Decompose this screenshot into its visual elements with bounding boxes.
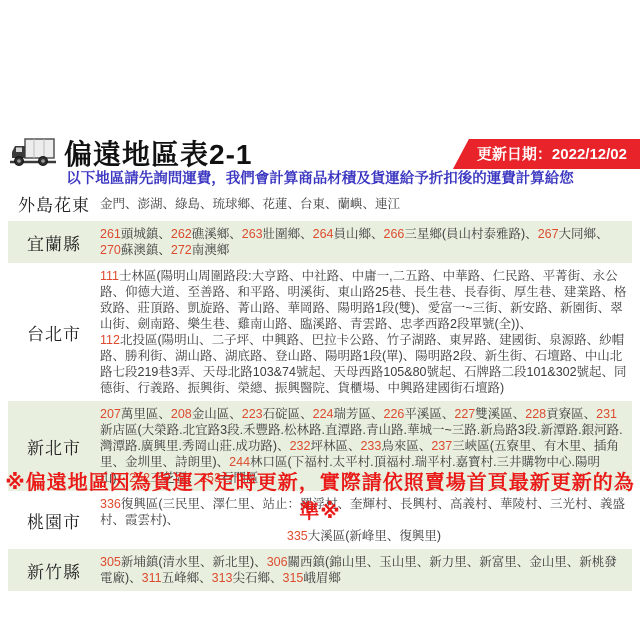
area-names: 三星鄉(員山村泰雅路)、 (404, 227, 537, 241)
area-names: 金山區、 (192, 407, 242, 421)
postal-code: 231 (596, 407, 617, 421)
area-names: 峨眉鄉 (303, 571, 341, 585)
region-label: 台北市 (8, 320, 100, 345)
postal-code: 270 (100, 243, 121, 257)
postal-code: 237 (431, 439, 452, 453)
area-names: 五峰鄉、 (162, 571, 212, 585)
postal-code: 226 (384, 407, 405, 421)
area-names: 萬里區、 (121, 407, 171, 421)
postal-code: 311 (142, 571, 162, 585)
area-names: 金門、澎湖、綠島、琉球鄉、花蓮、台東、蘭嶼、連江 (100, 197, 400, 211)
region-label: 新竹縣 (8, 558, 100, 583)
region-areas: 金門、澎湖、綠島、琉球鄉、花蓮、台東、蘭嶼、連江 (100, 196, 632, 212)
area-names: 北投區(陽明山、二子坪、中興路、巴拉卡公路、竹子湖路、東昇路、建國街、泉源路、紗… (100, 333, 627, 395)
area-names: 貢寮區、 (546, 407, 596, 421)
postal-code: 207 (100, 407, 121, 421)
area-names: 烏來區、 (381, 439, 431, 453)
table-row: 台北市111士林區(陽明山周圍路段:大亨路、中社路、中庸一,二五路、中華路、仁民… (8, 263, 632, 401)
remote-area-table: 外島花東金門、澎湖、綠島、琉球鄉、花蓮、台東、蘭嶼、連江宜蘭縣261頭城鎮、26… (8, 186, 632, 591)
area-names: 坪林區、 (310, 439, 360, 453)
region-areas: 111士林區(陽明山周圍路段:大亨路、中社路、中庸一,二五路、中華路、仁民路、平… (100, 268, 632, 396)
shipping-inquiry-subtitle: 以下地區請先詢問運費，我們會計算商品材積及貨運給予折扣後的運費計算給您 (0, 167, 640, 188)
postal-code: 262 (171, 227, 192, 241)
postal-code: 267 (538, 227, 559, 241)
update-date-badge: 更新日期：2022/12/02 (453, 139, 640, 169)
area-names: 士林區(陽明山周圍路段:大亨路、中社路、中庸一,二五路、中華路、仁民路、平菁街、… (100, 269, 626, 331)
area-names: 頭城鎮、 (121, 227, 171, 241)
region-label: 外島花東 (8, 191, 100, 216)
postal-code: 233 (360, 439, 381, 453)
area-names: 員山鄉、 (333, 227, 383, 241)
postal-code: 112 (100, 333, 120, 347)
postal-code: 266 (384, 227, 405, 241)
region-label: 新北市 (8, 434, 100, 459)
area-names: 礁溪鄉、 (192, 227, 242, 241)
table-row: 外島花東金門、澎湖、綠島、琉球鄉、花蓮、台東、蘭嶼、連江 (8, 186, 632, 221)
area-names: 南澳鄉 (192, 243, 230, 257)
postal-code: 272 (171, 243, 192, 257)
postal-code: 227 (454, 407, 475, 421)
footer-notice: ※偏遠地區因為貨運不定時更新，實際請依照賣場首頁最新更新的為準※ (0, 466, 640, 524)
postal-code: 208 (171, 407, 192, 421)
postal-code: 264 (313, 227, 334, 241)
postal-code: 261 (100, 227, 121, 241)
postal-code: 263 (242, 227, 263, 241)
area-names: 大溪區(新峰里、復興里) (308, 529, 441, 543)
area-names: 石碇區、 (263, 407, 313, 421)
area-names: 大同鄉、 (559, 227, 609, 241)
area-names: 平溪區、 (404, 407, 454, 421)
postal-code: 315 (283, 571, 304, 585)
postal-code: 228 (525, 407, 546, 421)
region-areas: 261頭城鎮、262礁溪鄉、263壯圍鄉、264員山鄉、266三星鄉(員山村泰雅… (100, 226, 632, 258)
table-row: 宜蘭縣261頭城鎮、262礁溪鄉、263壯圍鄉、264員山鄉、266三星鄉(員山… (8, 221, 632, 263)
area-names: 尖石鄉、 (232, 571, 282, 585)
area-names: 瑞芳區、 (333, 407, 383, 421)
postal-code: 232 (290, 439, 311, 453)
postal-code: 223 (242, 407, 263, 421)
postal-code: 313 (212, 571, 233, 585)
postal-code: 306 (267, 555, 288, 569)
area-names: 蘇澳鎮、 (121, 243, 171, 257)
table-row: 新竹縣305新埔鎮(清水里、新北里)、306關西鎮(錦山里、玉山里、新力里、新富… (8, 549, 632, 591)
postal-code: 224 (313, 407, 334, 421)
postal-code: 305 (100, 555, 121, 569)
area-names: 雙溪區、 (475, 407, 525, 421)
region-areas: 305新埔鎮(清水里、新北里)、306關西鎮(錦山里、玉山里、新力里、新富里、金… (100, 554, 632, 586)
remote-area-notice-page: 偏遠地區表2-1 更新日期：2022/12/02 以下地區請先詢問運費，我們會計… (0, 0, 640, 640)
region-label: 宜蘭縣 (8, 230, 100, 255)
area-names: 壯圍鄉、 (263, 227, 313, 241)
postal-code: 111 (100, 269, 119, 283)
area-names: 新埔鎮(清水里、新北里)、 (121, 555, 267, 569)
truck-icon (10, 137, 56, 169)
postal-code: 335 (287, 529, 308, 543)
